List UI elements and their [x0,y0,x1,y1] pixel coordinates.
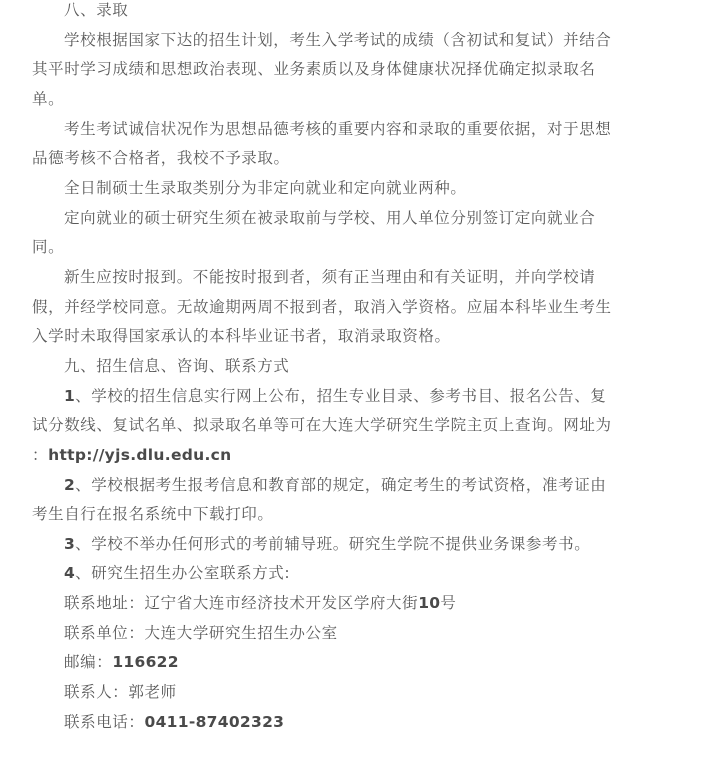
item-contact-heading: 4、研究生招生办公室联系方式: [32,559,612,589]
paragraph-directed-employment: 定向就业的硕士研究生须在被录取前与学校、用人单位分别签订定向就业合同。 [32,204,612,263]
contact-postcode-label: 邮编： [64,653,112,671]
contact-postcode-value: 116622 [112,653,179,671]
contact-person-value: 郭老师 [128,683,176,701]
contact-phone: 联系电话：0411-87402323 [32,708,612,738]
admission-document: 八、录取 学校根据国家下达的招生计划，考生入学考试的成绩（含初试和复试）并结合其… [32,0,612,737]
contact-address-number: 10 [418,594,440,612]
contact-phone-value: 0411-87402323 [145,713,285,731]
section-heading-admission: 八、录取 [32,0,612,26]
item-text: 、学校不举办任何形式的考前辅导班。研究生学院不提供业务课参考书。 [75,535,590,553]
contact-address-label: 联系地址： [64,594,145,612]
contact-address-suffix: 号 [440,594,456,612]
paragraph-registration: 新生应按时报到。不能按时报到者，须有正当理由和有关证明，并向学校请假，并经学校同… [32,263,612,352]
item-number: 2 [64,476,75,494]
contact-unit-value: 大连大学研究生招生办公室 [145,624,338,642]
contact-postcode: 邮编：116622 [32,648,612,678]
item-text: 、研究生招生办公室联系方式: [75,564,290,582]
contact-person: 联系人：郭老师 [32,678,612,708]
item-text: 、学校根据考生报考信息和教育部的规定，确定考生的考试资格，准考证由考生自行在报名… [32,476,606,524]
item-no-tutoring: 3、学校不举办任何形式的考前辅导班。研究生学院不提供业务课参考书。 [32,530,612,560]
item-online-info: 1、学校的招生信息实行网上公布，招生专业目录、参考书目、报名公告、复试分数线、复… [32,382,612,471]
item-exam-qualification: 2、学校根据考生报考信息和教育部的规定，确定考生的考试资格，准考证由考生自行在报… [32,471,612,530]
website-link[interactable]: http://yjs.dlu.edu.cn [48,446,231,464]
contact-phone-label: 联系电话： [64,713,145,731]
item-number: 1 [64,387,75,405]
paragraph-admission-criteria: 学校根据国家下达的招生计划，考生入学考试的成绩（含初试和复试）并结合其平时学习成… [32,26,612,115]
contact-unit-label: 联系单位： [64,624,145,642]
contact-address-value: 辽宁省大连市经济技术开发区学府大街 [145,594,419,612]
paragraph-admission-categories: 全日制硕士生录取类别分为非定向就业和定向就业两种。 [32,174,612,204]
section-heading-info-contact: 九、招生信息、咨询、联系方式 [32,352,612,382]
item-number: 3 [64,535,75,553]
paragraph-integrity: 考生考试诚信状况作为思想品德考核的重要内容和录取的重要依据，对于思想品德考核不合… [32,115,612,174]
contact-person-label: 联系人： [64,683,128,701]
item-number: 4 [64,564,75,582]
contact-address: 联系地址：辽宁省大连市经济技术开发区学府大街10号 [32,589,612,619]
contact-unit: 联系单位：大连大学研究生招生办公室 [32,619,612,649]
